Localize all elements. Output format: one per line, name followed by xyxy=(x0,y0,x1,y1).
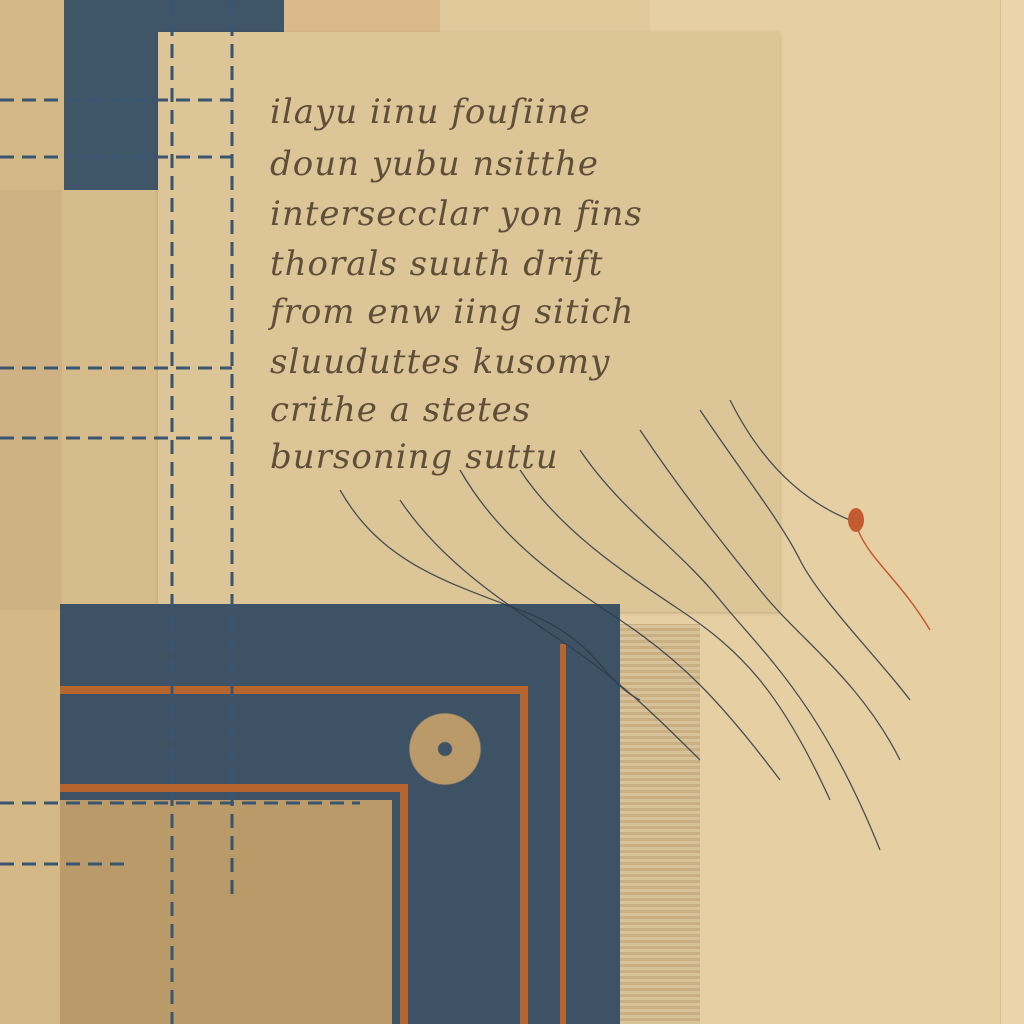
loose-threads xyxy=(340,400,910,850)
running-stitches xyxy=(0,0,360,1024)
stitch-and-thread-layer xyxy=(0,0,1024,1024)
red-tuft xyxy=(848,508,930,630)
